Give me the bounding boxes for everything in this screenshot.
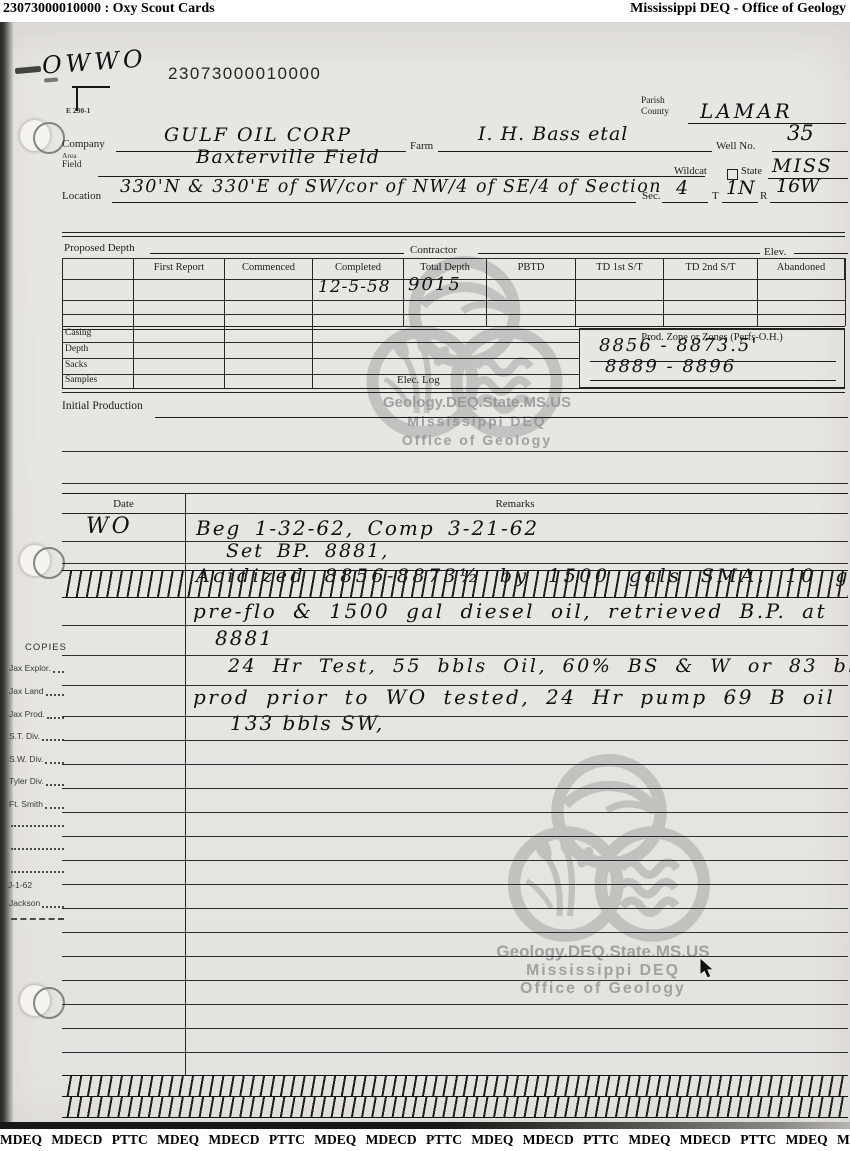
county-label: County — [641, 107, 669, 117]
document-id-title: 23073000010000 : Oxy Scout Cards — [3, 1, 215, 17]
total-depth-value: 9015 — [408, 274, 462, 295]
hatch-band — [62, 1096, 848, 1118]
watermark-url: Geology.DEQ.State.MS.US — [478, 943, 728, 962]
rule-line — [62, 908, 848, 909]
rule-line — [62, 812, 848, 813]
field-rule — [150, 253, 404, 254]
depth-label: Depth — [65, 344, 88, 354]
remark-line: prod prior to WO tested, 24 Hr pump 69 B… — [193, 685, 850, 709]
rule-line — [62, 980, 848, 981]
hatch-band — [62, 570, 848, 598]
rule-line — [62, 326, 63, 388]
watermark-text: Geology.DEQ.State.MS.US Mississippi DEQ … — [478, 943, 728, 999]
remark-line: 8881 — [215, 626, 274, 650]
range-value: 16W — [776, 175, 820, 197]
rule-line — [62, 258, 845, 259]
rule-line — [663, 258, 664, 326]
rule-line — [133, 326, 134, 388]
location-label: Location — [62, 190, 101, 202]
rule-line — [62, 541, 848, 542]
col-commenced: Commenced — [224, 258, 312, 279]
remark-line: pre-flo & 1500 gal diesel oil, retrieved… — [193, 599, 827, 623]
remark-line: Beg 1-32-62, Comp 3-21-62 — [196, 516, 539, 540]
area-label: Area — [62, 151, 77, 160]
rule-line — [757, 258, 758, 326]
field-rule — [112, 202, 636, 203]
farm-value: I. H. Bass etal — [478, 123, 628, 145]
well-no-label: Well No. — [716, 140, 755, 152]
elev-label: Elev. — [764, 246, 786, 258]
col-completed: Completed — [312, 258, 403, 279]
copies-item: S.W. Div. — [9, 754, 64, 764]
punch-hole — [20, 545, 66, 578]
sacks-label: Sacks — [65, 360, 87, 370]
prod-zone-2: 8889 - 8896 — [605, 356, 736, 377]
date-column-label: Date — [62, 498, 185, 510]
page-footer: MDEQ MDECD PTTC MDEQ MDECD PTTC MDEQ MDE… — [0, 1129, 850, 1151]
field-rule — [438, 151, 712, 152]
parish-label: Parish — [641, 96, 665, 106]
copies-item: S.T. Div. — [9, 731, 64, 741]
mouse-cursor — [700, 958, 715, 979]
rule-line — [62, 932, 848, 933]
scan-left-edge — [0, 22, 14, 1129]
field-rule — [772, 151, 848, 152]
rule-line — [62, 483, 848, 484]
copies-item: Jax Prod. — [9, 709, 64, 719]
rule-line — [62, 764, 848, 765]
wildcat-label: Wildcat — [674, 166, 707, 177]
stamp-owwo: OWWO — [41, 44, 147, 79]
watermark-office: Office of Geology — [478, 980, 728, 999]
rule-line — [62, 300, 845, 301]
scout-card-scan: Geology.DEQ.State.MS.US Mississippi DEQ … — [0, 22, 850, 1129]
copies-blank — [9, 869, 64, 873]
rule-line — [62, 258, 63, 326]
state-label: State — [741, 166, 762, 177]
ink-smudge — [15, 66, 41, 74]
field-rule — [478, 253, 760, 254]
rule-line — [62, 358, 579, 359]
remark-line: 133 bbls SW, — [230, 711, 384, 735]
initial-production-label: Initial Production — [62, 400, 143, 412]
remark-line: Set BP. 8881, — [226, 540, 389, 562]
rule-line — [62, 1028, 848, 1029]
rule-line — [62, 342, 579, 343]
watermark-agency: Mississippi DEQ — [352, 412, 602, 431]
company-label: Company — [62, 138, 105, 150]
range-label: R — [760, 190, 767, 202]
field-rule — [722, 202, 758, 203]
copies-note: J-1-62 — [8, 880, 32, 890]
punch-hole — [20, 120, 66, 153]
rule-line — [62, 279, 845, 280]
field-rule — [688, 123, 846, 124]
rule-line — [62, 685, 848, 686]
rule-line — [62, 513, 848, 514]
col-td-2nd: TD 2nd S/T — [663, 258, 757, 279]
elec-log-label: Elec. Log — [397, 374, 440, 386]
copies-end-rule — [9, 916, 64, 920]
hatch-band — [62, 1075, 848, 1097]
sec-value: 4 — [676, 177, 688, 199]
copies-title: COPIES — [25, 642, 67, 653]
rule-line — [575, 258, 576, 326]
rule-line — [845, 258, 846, 326]
field-rule — [590, 380, 836, 381]
col-pbtd: PBTD — [486, 258, 575, 279]
field-label: Field — [62, 160, 82, 170]
page-header: 23073000010000 : Oxy Scout Cards Mississ… — [0, 0, 850, 22]
remark-date-wo: WO — [86, 514, 133, 539]
well-no-value: 35 — [787, 121, 814, 145]
field-value: Baxterville Field — [196, 146, 380, 168]
remark-line: 24 Hr Test, 55 bbls Oil, 60% BS & W or 8… — [228, 655, 850, 677]
watermark-url: Geology.DEQ.State.MS.US — [352, 393, 602, 412]
remarks-column-label: Remarks — [185, 498, 845, 510]
depth-table-header: First Report Commenced Completed Total D… — [133, 258, 845, 279]
proposed-depth-label: Proposed Depth — [64, 242, 135, 254]
field-rule — [770, 202, 848, 203]
rule-line — [403, 258, 404, 326]
prod-zone-1: 8856 - 8873.5' — [599, 335, 758, 356]
rule-line — [62, 1004, 848, 1005]
samples-label: Samples — [65, 375, 97, 385]
rule-line — [133, 258, 134, 326]
scan-bottom-edge — [0, 1122, 850, 1129]
rule-line — [62, 716, 848, 717]
field-rule — [662, 202, 708, 203]
agency-title: Mississippi DEQ - Office of Geology — [630, 1, 846, 17]
rule-line — [224, 258, 225, 326]
rule-line — [62, 836, 848, 837]
table-rule — [62, 388, 845, 393]
deq-logo-watermark — [503, 753, 715, 949]
punch-hole — [20, 985, 66, 1018]
rule-line — [312, 258, 313, 326]
rule-line — [224, 326, 225, 388]
parish-county-value: LAMAR — [700, 99, 793, 123]
rule-line — [62, 740, 848, 741]
rule-line — [62, 956, 848, 957]
copies-blank — [9, 823, 64, 827]
copies-item: Tyler Div. — [9, 776, 64, 786]
rule-line — [62, 625, 848, 626]
watermark-agency: Mississippi DEQ — [478, 962, 728, 981]
farm-label: Farm — [410, 140, 433, 152]
company-value: GULF OIL CORP — [164, 124, 352, 146]
rule-line — [62, 451, 848, 452]
table-rule — [62, 493, 848, 494]
doc-number: 23073000010000 — [168, 64, 321, 84]
state-value: MISS — [772, 155, 833, 177]
township-value: 1N — [726, 177, 755, 199]
rule-line — [62, 314, 845, 315]
col-first-report: First Report — [133, 258, 224, 279]
township-label: T — [712, 190, 719, 202]
rule-line — [62, 1052, 848, 1053]
field-rule — [155, 417, 848, 418]
footer-credits: MDEQ MDECD PTTC MDEQ MDECD PTTC MDEQ MDE… — [0, 1132, 850, 1148]
table-rule — [62, 232, 845, 237]
copies-item: Jax Explor. — [9, 663, 64, 673]
sec-label: Sec. — [642, 190, 661, 202]
watermark-text: Geology.DEQ.State.MS.US Mississippi DEQ … — [352, 393, 602, 450]
location-value: 330'N & 330'E of SW/cor of NW/4 of SE/4 … — [120, 177, 662, 197]
completed-date-value: 12-5-58 — [318, 277, 391, 297]
watermark-office: Office of Geology — [352, 431, 602, 450]
rule-line — [62, 884, 848, 885]
field-rule — [794, 253, 848, 254]
form-number: E 230-1 — [66, 106, 90, 115]
rule-line — [62, 788, 848, 789]
rule-line — [312, 326, 313, 388]
rule-line — [486, 258, 487, 326]
copies-blank — [9, 846, 64, 850]
contractor-label: Contractor — [410, 244, 457, 256]
rule-line — [62, 374, 579, 375]
copies-item: Jackson — [9, 898, 64, 908]
copies-item: Ft. Smith — [9, 799, 64, 809]
rule-line — [62, 563, 848, 564]
col-td-1st: TD 1st S/T — [575, 258, 663, 279]
copies-item: Jax Land — [9, 686, 64, 696]
rule-line — [62, 655, 848, 656]
rule-line — [62, 326, 845, 330]
col-abandoned: Abandoned — [757, 258, 845, 279]
rule-line — [62, 860, 848, 861]
